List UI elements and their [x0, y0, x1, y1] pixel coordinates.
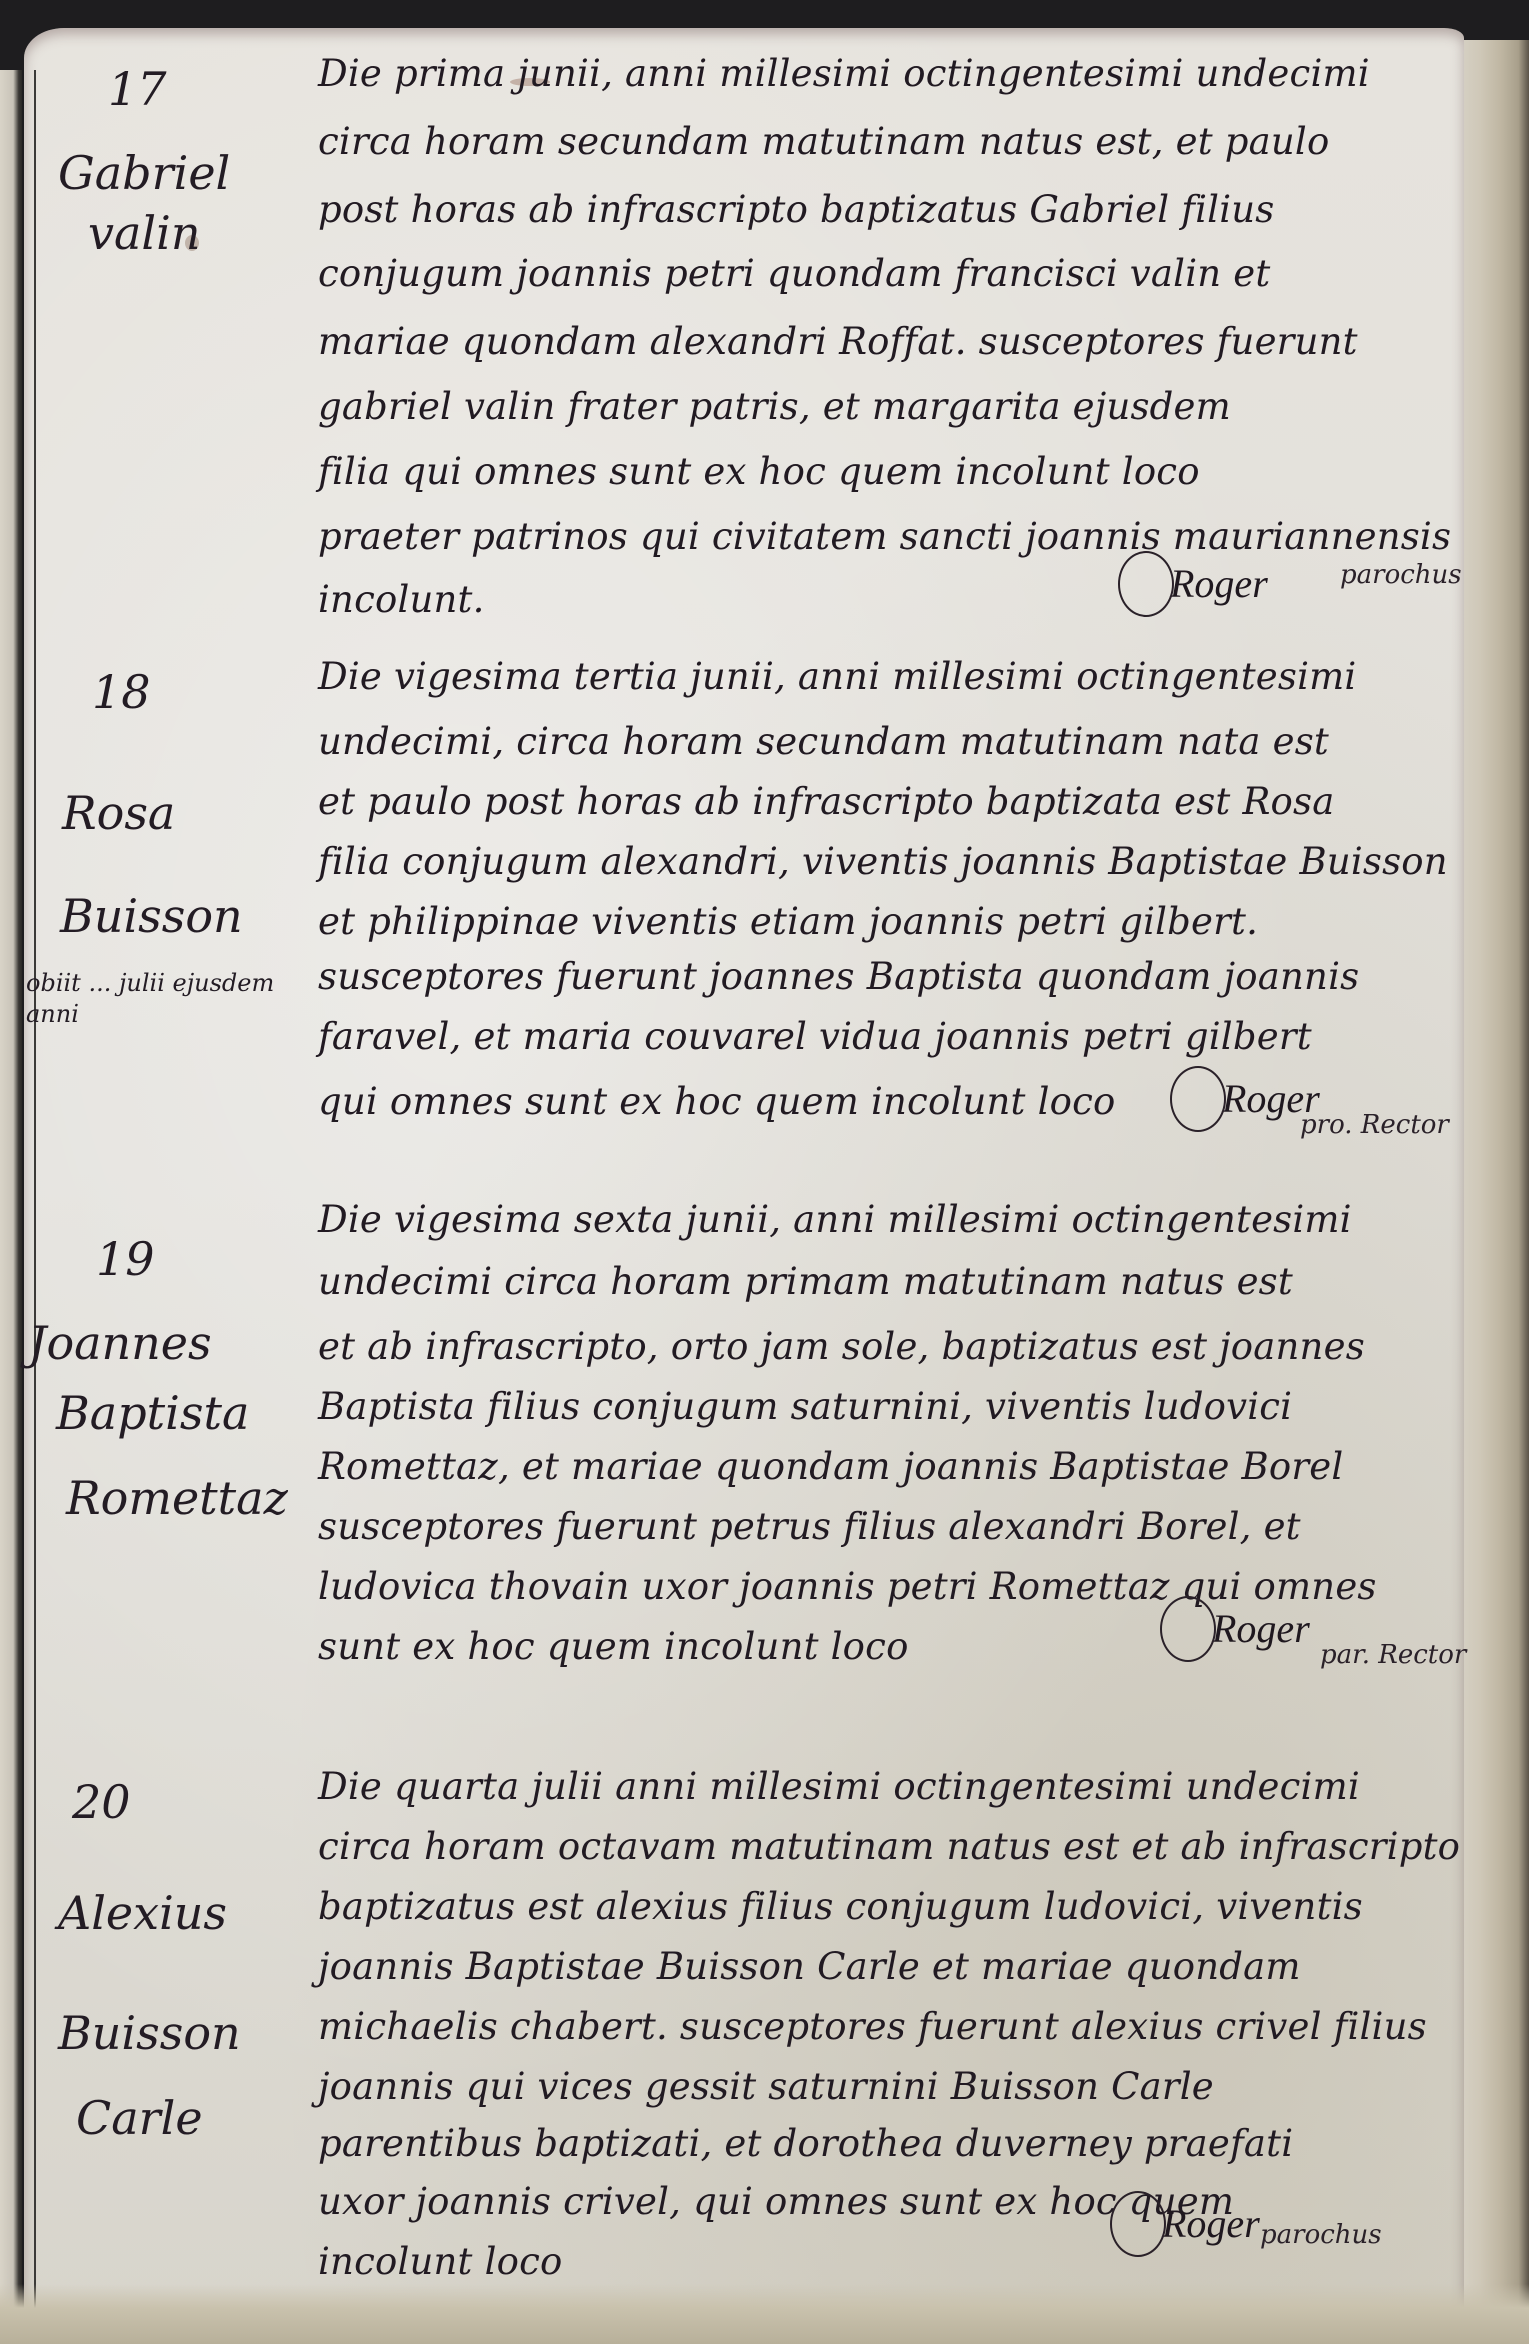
priest-signature: Roger — [1160, 1600, 1310, 1666]
entry-line: joannis Baptistae Buisson Carle et maria… — [318, 1945, 1448, 1988]
entry-line: Die vigesima sexta junii, anni millesimi… — [318, 1198, 1448, 1241]
entry-line: Die vigesima tertia junii, anni millesim… — [318, 655, 1448, 698]
priest-signature: Roger — [1170, 1070, 1320, 1136]
page-bottom-edge — [0, 2284, 1529, 2344]
signature-name: Roger — [1162, 2201, 1260, 2246]
entry-line: joannis qui vices gessit saturnini Buiss… — [318, 2065, 1448, 2108]
entry-line: Romettaz, et mariae quondam joannis Bapt… — [318, 1445, 1448, 1488]
entry-line: michaelis chabert. susceptores fuerunt a… — [318, 2005, 1448, 2048]
entry-line: conjugum joannis petri quondam francisci… — [318, 252, 1448, 295]
entry-line: et philippinae viventis etiam joannis pe… — [318, 900, 1448, 943]
signature-name: Roger — [1212, 1606, 1310, 1651]
priest-signature: Roger — [1110, 2195, 1260, 2261]
entry-line: incolunt. — [318, 578, 1448, 621]
entry-line: et paulo post horas ab infrascripto bapt… — [318, 780, 1448, 823]
signature-title: par. Rector — [1320, 1640, 1466, 1670]
signature-flourish-icon — [1170, 1066, 1226, 1132]
margin-name-middle: Baptista — [56, 1390, 249, 1436]
signature-flourish-icon — [1118, 551, 1174, 617]
entry-number: 20 — [72, 1775, 131, 1829]
entry-line: filia conjugum alexandri, viventis joann… — [318, 840, 1448, 883]
signature-name: Roger — [1170, 561, 1268, 606]
entry-line: Die prima junii, anni millesimi octingen… — [318, 52, 1448, 95]
signature-flourish-icon — [1160, 1596, 1216, 1662]
signature-title: parochus — [1260, 2220, 1382, 2250]
entry-number: 19 — [96, 1232, 155, 1286]
page-stack-edge — [1459, 40, 1529, 2344]
margin-death-note: obiit ... julii ejusdem anni — [26, 968, 296, 1030]
signature-title: pro. Rector — [1300, 1110, 1449, 1140]
entry-number: 18 — [92, 665, 151, 719]
entry-number: 17 — [108, 62, 167, 116]
entry-line: baptizatus est alexius filius conjugum l… — [318, 1885, 1448, 1928]
entry-line: circa horam octavam matutinam natus est … — [318, 1825, 1448, 1868]
entry-line: mariae quondam alexandri Roffat. suscept… — [318, 320, 1448, 363]
margin-name-surname-2: Carle — [76, 2095, 203, 2141]
entry-line: undecimi, circa horam secundam matutinam… — [318, 720, 1448, 763]
margin-name-given: Joannes — [28, 1320, 212, 1366]
entry-line: parentibus baptizati, et dorothea duvern… — [318, 2122, 1448, 2165]
entry-line: uxor joannis crivel, qui omnes sunt ex h… — [318, 2180, 1448, 2223]
margin-name-given: Alexius — [58, 1890, 227, 1936]
entry-line: post horas ab infrascripto baptizatus Ga… — [318, 188, 1448, 231]
margin-name-surname: Buisson — [58, 2010, 241, 2056]
priest-signature: Roger — [1118, 555, 1268, 621]
signature-title: parochus — [1340, 560, 1462, 590]
entry-line: susceptores fuerunt petrus filius alexan… — [318, 1505, 1448, 1548]
entry-line: gabriel valin frater patris, et margarit… — [318, 385, 1448, 428]
entry-line: filia qui omnes sunt ex hoc quem incolun… — [318, 450, 1448, 493]
entry-line: et ab infrascripto, orto jam sole, bapti… — [318, 1325, 1448, 1368]
entry-line: faravel, et maria couvarel vidua joannis… — [318, 1015, 1448, 1058]
entry-line: Baptista filius conjugum saturnini, vive… — [318, 1385, 1448, 1428]
entry-line: circa horam secundam matutinam natus est… — [318, 120, 1448, 163]
entry-line: praeter patrinos qui civitatem sancti jo… — [318, 515, 1448, 558]
margin-name-given: Rosa — [62, 790, 175, 836]
margin-rule — [34, 70, 36, 2340]
entry-line: Die quarta julii anni millesimi octingen… — [318, 1765, 1448, 1808]
margin-name-given: Gabriel — [58, 150, 230, 196]
signature-flourish-icon — [1110, 2191, 1166, 2257]
entry-line: undecimi circa horam primam matutinam na… — [318, 1260, 1448, 1303]
margin-name-surname: Romettaz — [66, 1475, 288, 1521]
margin-name-surname: valin — [88, 210, 200, 256]
margin-name-surname: Buisson — [60, 893, 243, 939]
entry-line: susceptores fuerunt joannes Baptista quo… — [318, 955, 1448, 998]
adjacent-page-edge — [0, 70, 22, 2344]
